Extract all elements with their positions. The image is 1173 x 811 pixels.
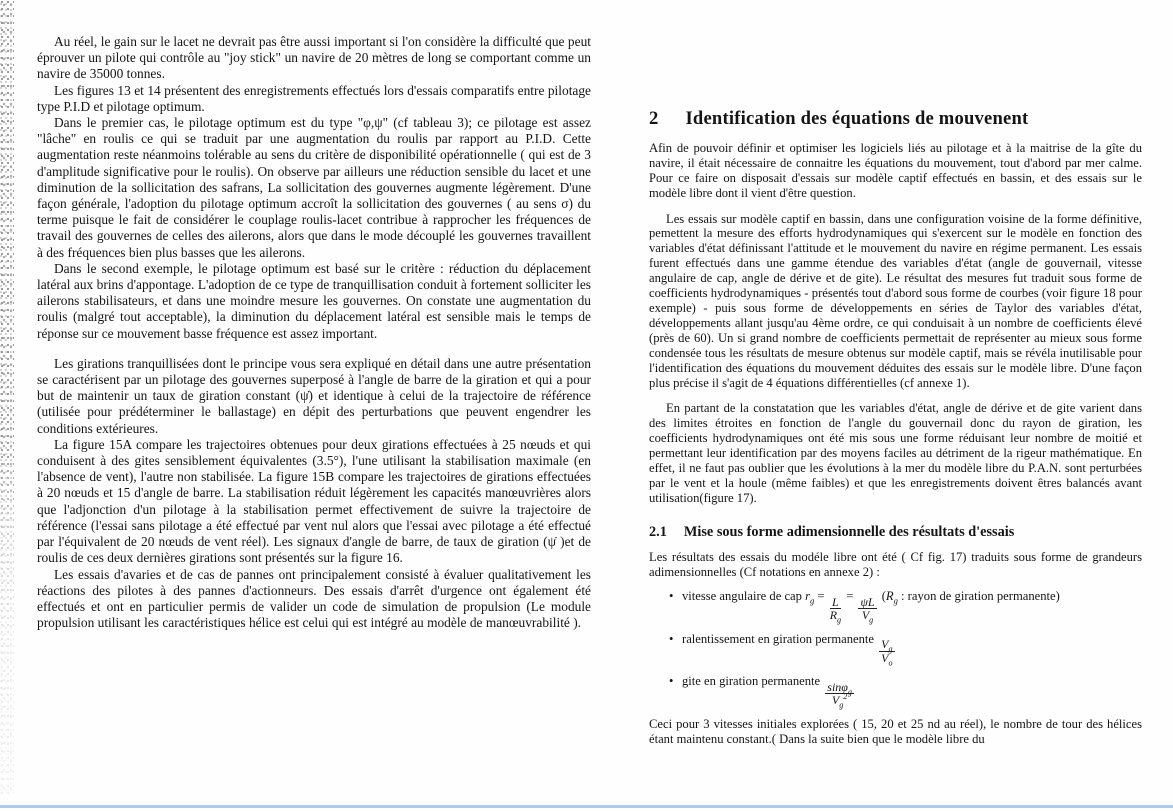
list-item-gite: • gite en giration permanente sinφgVg2	[669, 674, 1142, 706]
closing-paragraph: Ceci pour 3 vitesses initiales explorées…	[649, 717, 1142, 747]
section-title: Identification des équations de mouvenen…	[686, 112, 1029, 127]
bullet-icon: •	[669, 589, 673, 604]
left-paragraph-1: Au réel, le gain sur le lacet ne devrait…	[37, 34, 591, 83]
list-item-ralentissement: • ralentissement en giration permanente …	[669, 632, 1142, 664]
adimensional-quantities-list: • vitesse angulaire de cap rg = LRg = ψ̇…	[649, 589, 1142, 706]
bullet-text: vitesse angulaire de cap rg = LRg = ψ̇LV…	[682, 589, 1060, 603]
subsection-number: 2.1	[649, 525, 667, 540]
left-paragraph-6: La figure 15A compare les trajectoires o…	[37, 437, 591, 567]
right-paragraph-2: Les essais sur modèle captif en bassin, …	[649, 212, 1142, 391]
right-paragraph-3: En partant de la constatation que les va…	[649, 401, 1142, 505]
scanned-paper-page: Au réel, le gain sur le lacet ne devrait…	[0, 0, 1173, 811]
bullet-text: gite en giration permanente sinφgVg2	[682, 674, 856, 688]
section-number: 2	[649, 112, 659, 127]
bullet-icon: •	[669, 632, 673, 647]
section-heading: 2 Identification des équations de mouven…	[649, 112, 1142, 127]
left-column: Au réel, le gain sur le lacet ne devrait…	[37, 34, 591, 631]
left-paragraph-2: Les figures 13 et 14 présentent des enre…	[37, 83, 591, 115]
left-paragraph-4: Dans le second exemple, le pilotage opti…	[37, 261, 591, 342]
bullet-icon: •	[669, 674, 673, 689]
left-paragraph-7: Les essais d'avaries et de cas de pannes…	[37, 567, 591, 632]
right-column: 2 Identification des équations de mouven…	[649, 112, 1142, 746]
scan-edge-artifact	[0, 0, 14, 795]
list-item-vitesse-angulaire: • vitesse angulaire de cap rg = LRg = ψ̇…	[669, 589, 1142, 621]
subsection-heading: 2.1 Mise sous forme adimensionnelle des …	[649, 525, 1142, 540]
subsection-title: Mise sous forme adimensionnelle des résu…	[684, 525, 1014, 540]
left-paragraph-3: Dans le premier cas, le pilotage optimum…	[37, 115, 591, 261]
left-paragraph-5: Les girations tranquillisées dont le pri…	[37, 356, 591, 437]
right-paragraph-1: Afin de pouvoir définir et optimiser les…	[649, 141, 1142, 201]
adimensional-intro: Les résultats des essais du modéle libre…	[649, 550, 1142, 580]
window-bottom-border	[0, 805, 1173, 808]
bullet-text: ralentissement en giration permanente Vg…	[682, 632, 897, 646]
